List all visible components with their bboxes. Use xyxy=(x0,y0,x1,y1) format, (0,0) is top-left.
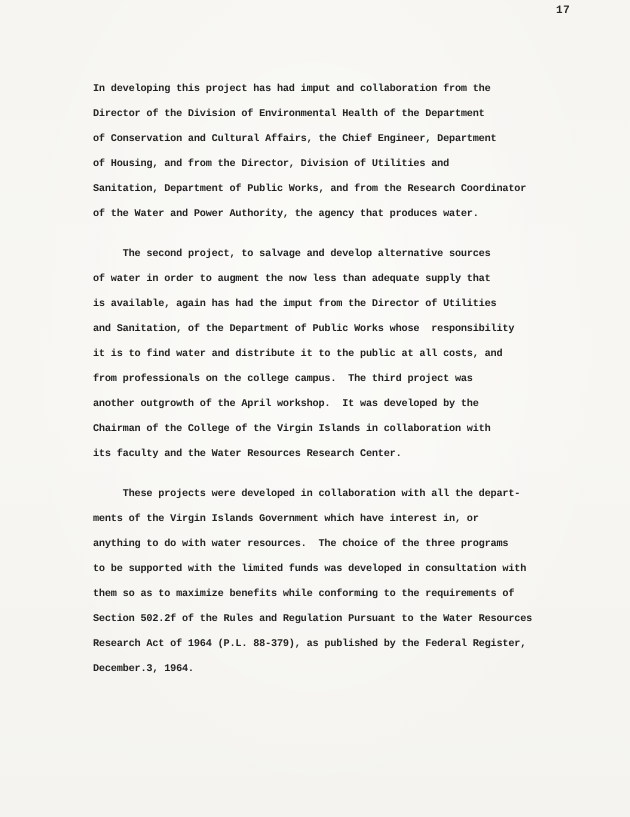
page-number: 17 xyxy=(556,5,570,17)
document-page: 17 In developing this project has had im… xyxy=(0,0,630,817)
paragraph-2: The second project, to salvage and devel… xyxy=(93,242,573,467)
paragraph-1: In developing this project has had imput… xyxy=(93,77,573,227)
document-body: In developing this project has had imput… xyxy=(93,77,573,697)
paragraph-3: These projects were developed in collabo… xyxy=(93,482,573,682)
